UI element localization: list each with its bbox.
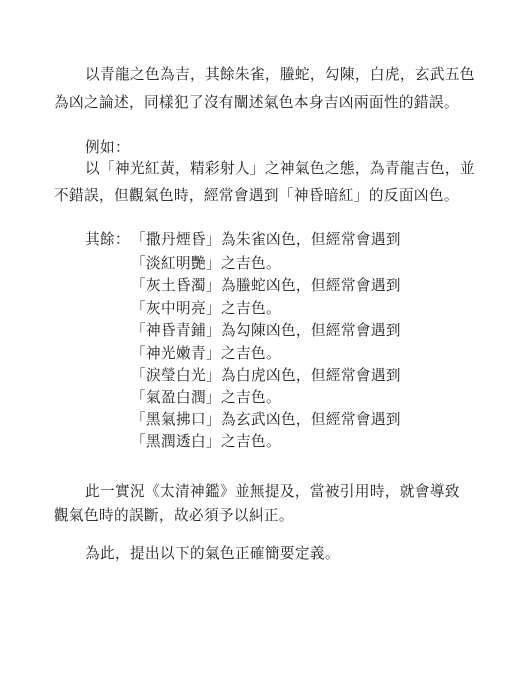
others-line: 「撒丹煙昏」為朱雀凶色，但經常會遇到 [131,231,401,249]
para1-line2: 為凶之論述，同樣犯了沒有闡述氣色本身吉凶兩面性的錯誤。 [54,94,459,112]
para3-line1: 此一實況《太清神鑑》並無提及，當被引用時，就會導致 [85,483,460,501]
others-line: 「神昏青鋪」為勾陳凶色，但經常會遇到 [131,322,401,340]
para3-line2: 觀氣色時的誤斷，故必須予以糾正。 [54,507,294,525]
example-label: 例如： [85,139,130,157]
para1-line1: 以青龍之色為吉，其餘朱雀，螣蛇，勾陳，白虎，玄武五色 [85,66,475,84]
others-line: 「淡紅明艷」之吉色。 [131,255,281,273]
others-line: 「氣盈白潤」之吉色。 [131,389,281,407]
others-line: 「淚瑩白光」為白虎凶色，但經常會遇到 [131,367,401,385]
para2-line2: 不錯誤，但觀氣色時，經常會遇到「神昏暗紅」的反面凶色。 [54,187,459,205]
para4-line1: 為此，提出以下的氣色正確簡要定義。 [85,545,340,563]
others-line: 「灰中明亮」之吉色。 [131,300,281,318]
others-line: 「灰土昏濁」為螣蛇凶色，但經常會遇到 [131,277,401,295]
others-label: 其餘： [85,231,130,249]
others-line: 「黑氣拂口」為玄武凶色，但經常會遇到 [131,411,401,429]
para2-line1: 以「神光紅黃，精彩射人」之神氣色之態，為青龍吉色，並 [85,160,475,178]
others-line: 「黑潤透白」之吉色。 [131,433,281,451]
others-line: 「神光嫩青」之吉色。 [131,345,281,363]
